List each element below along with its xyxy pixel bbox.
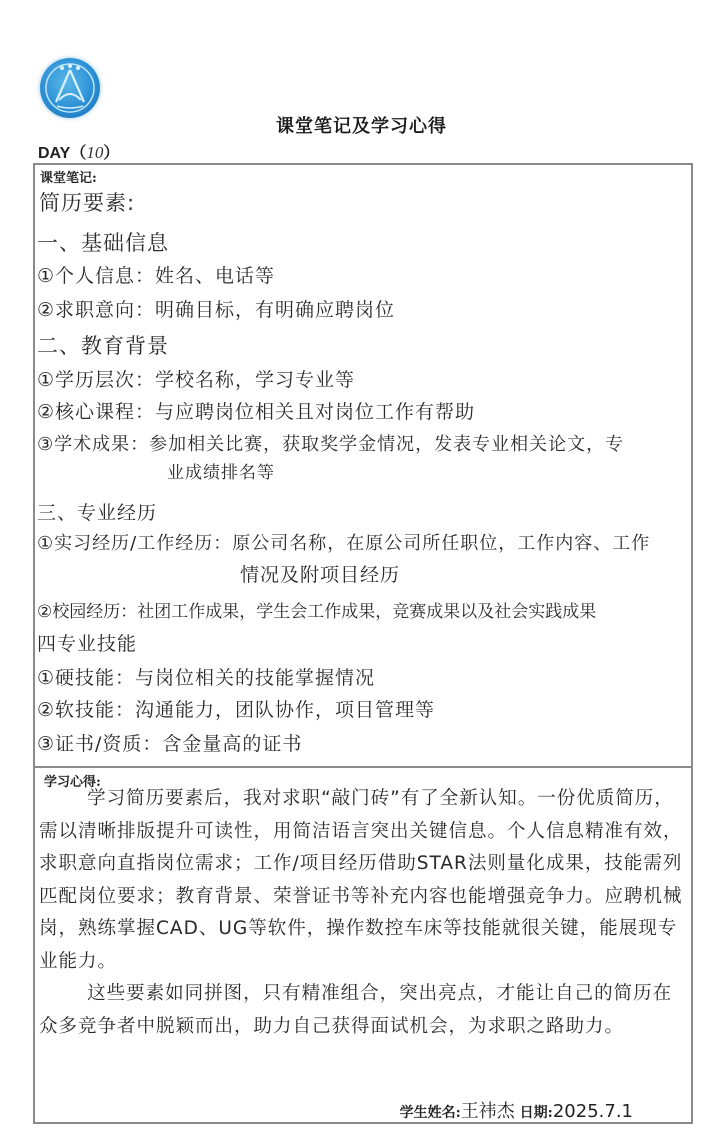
- page-title: 课堂笔记及学习心得: [0, 112, 723, 138]
- note-line: ①个人信息：姓名、电话等: [37, 261, 275, 288]
- note-line: ①硬技能：与岗位相关的技能掌握情况: [37, 663, 375, 690]
- note-line: ②求职意向：明确目标，有明确应聘岗位: [37, 295, 395, 322]
- notes-sheet: 课堂笔记: 简历要素: 一、基础信息 ①个人信息：姓名、电话等 ②求职意向：明确…: [33, 163, 693, 1124]
- day-label: DAY（10）: [38, 140, 119, 163]
- school-emblem-icon: [40, 58, 100, 118]
- reflection-paragraph: 这些要素如同拼图，只有精准组合，突出亮点，才能让自己的简历在众多竞争者中脱颖而出…: [39, 978, 687, 1043]
- reflection-text: 学习简历要素后，我对求职“敲门砖”有了全新认知。一份优质简历，需以清晰排版提升可…: [39, 783, 687, 1043]
- day-number: 10: [86, 143, 103, 162]
- signature-line: 学生姓名:王祎杰 日期:2025.7.1: [400, 1097, 633, 1123]
- note-line: 业成绩排名等: [167, 458, 275, 483]
- note-line: ③证书/资质：含金量高的证书: [37, 729, 302, 756]
- notes-section-label: 课堂笔记:: [40, 167, 97, 186]
- day-suffix: ）: [103, 145, 119, 162]
- day-prefix: DAY（: [38, 145, 86, 162]
- reflection-paragraph: 学习简历要素后，我对求职“敲门砖”有了全新认知。一份优质简历，需以清晰排版提升可…: [39, 783, 687, 978]
- note-line: ②软技能：沟通能力，团队协作，项目管理等: [37, 695, 435, 722]
- note-line: 三、专业经历: [37, 498, 157, 525]
- note-line: 二、教育背景: [37, 330, 169, 360]
- note-line: 情况及附项目经历: [240, 560, 400, 587]
- note-line: 简历要素:: [39, 187, 135, 217]
- student-name-value: 王祎杰: [461, 1101, 515, 1122]
- note-line: ②核心课程：与应聘岗位相关且对岗位工作有帮助: [37, 397, 475, 424]
- note-line: 一、基础信息: [37, 227, 169, 257]
- note-line: ②校园经历：社团工作成果，学生会工作成果，竞赛成果以及社会实践成果: [37, 597, 596, 622]
- note-line: ①实习经历/工作经历：原公司名称，在原公司所任职位，工作内容、工作: [37, 529, 650, 555]
- section-divider: [35, 766, 691, 768]
- note-line: ③学术成果：参加相关比赛，获取奖学金情况，发表专业相关论文，专: [37, 430, 624, 456]
- student-name-label: 学生姓名:: [400, 1105, 461, 1121]
- note-line: 四专业技能: [37, 629, 137, 656]
- date-label: 日期:: [520, 1105, 553, 1121]
- note-line: ①学历层次：学校名称，学习专业等: [37, 365, 355, 392]
- date-value: 2025.7.1: [553, 1101, 633, 1122]
